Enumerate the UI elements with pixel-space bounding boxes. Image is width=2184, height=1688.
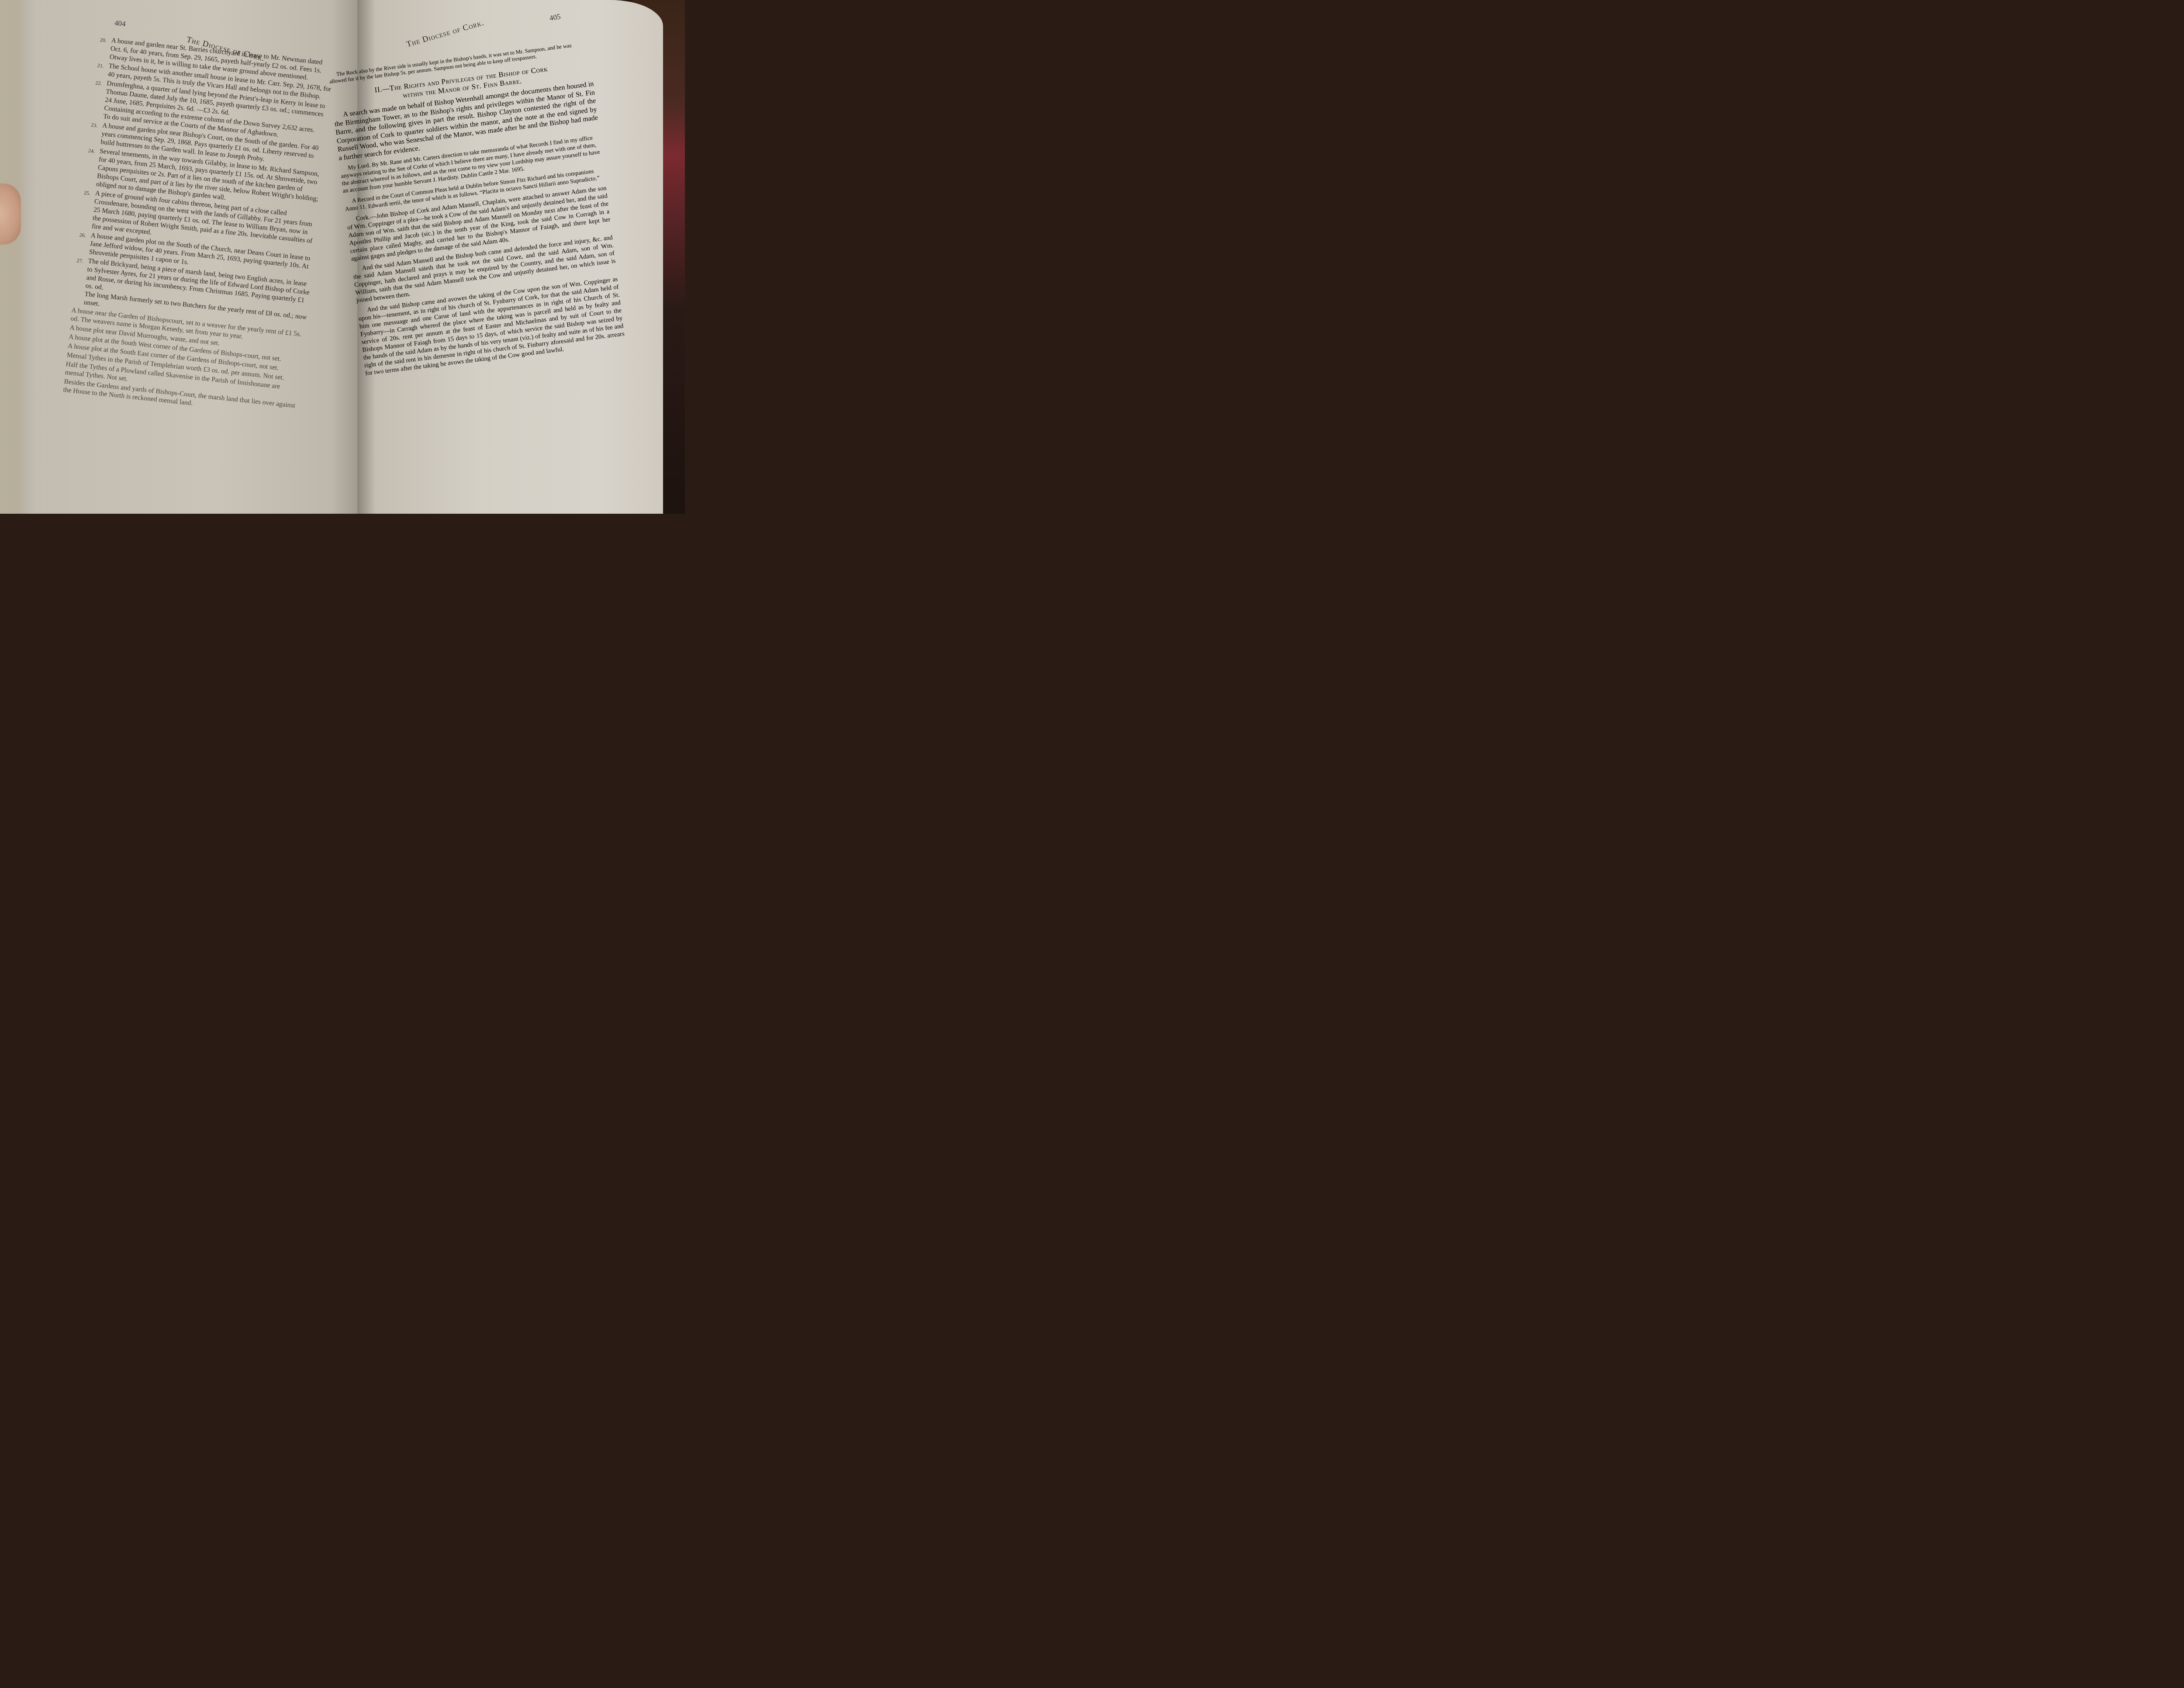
entry-number: 21. (96, 61, 109, 79)
left-page-body: 20. A house and garden near St. Barries … (62, 35, 335, 419)
right-running-head: The Diocese of Cork. (405, 18, 485, 49)
right-page-body: The Rock also by the River side is usual… (328, 40, 626, 380)
thumb (0, 183, 21, 245)
left-page: 404 The Diocese of Cork. 20. A house and… (0, 0, 360, 514)
left-page-number: 404 (114, 19, 126, 29)
open-book: 404 The Diocese of Cork. 20. A house and… (0, 0, 685, 514)
right-page-number: 405 (549, 12, 561, 23)
